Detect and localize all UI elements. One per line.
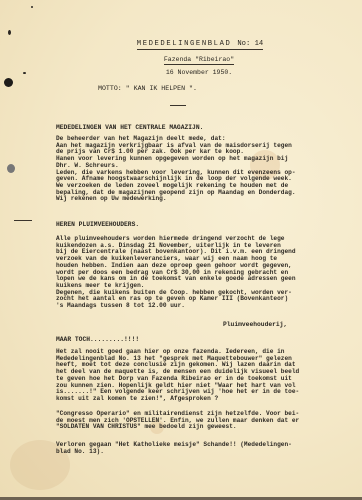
section-body-pluimvee: Alle pluimveehouders worden hiermede dri… <box>56 236 332 310</box>
divider <box>170 105 186 106</box>
document-header: MEDEDELINGENBLAD No: 14 Fazenda "Ribeira… <box>0 32 362 76</box>
section-body-maar-toch: Het zal nooit goed gaan hier op onze faz… <box>56 349 332 403</box>
signoff: Pluimveehouderij, <box>223 321 287 328</box>
section-body-magazijn: De beheerder van het Magazijn deelt mede… <box>56 136 332 203</box>
document-date: 16 November 1950. <box>36 69 362 76</box>
margin-mark <box>14 220 32 221</box>
fazenda-text: Fazenda "Ribeirao" <box>164 56 234 65</box>
document-title: MEDEDELINGENBLAD No: 14 <box>137 40 263 50</box>
section-heading-maar-toch: MAAR TOCH.........!!!! <box>56 336 139 343</box>
fazenda-name: Fazenda "Ribeirao" <box>36 56 362 63</box>
issue-number: No: 14 <box>237 40 263 48</box>
punch-hole <box>4 78 13 87</box>
section-heading-pluimvee: HEREN PLUIMVEEHOUDERS. <box>56 221 139 228</box>
section-body-congresso: "Congresso Operario" en militairendienst… <box>56 411 332 431</box>
ink-speck <box>31 6 33 8</box>
section-body-verloren: Verloren gegaan "Het Katholieke meisje" … <box>56 442 332 455</box>
title-text: MEDEDELINGENBLAD <box>137 40 232 48</box>
motto: MOTTO: " KAN IK HELPEN ". <box>98 85 197 92</box>
punch-hole <box>7 164 15 173</box>
section-heading-magazijn: MEDEDELINGEN VAN HET CENTRALE MAGAZIJN. <box>56 124 203 131</box>
document-page: MEDEDELINGENBLAD No: 14 Fazenda "Ribeira… <box>0 0 362 500</box>
